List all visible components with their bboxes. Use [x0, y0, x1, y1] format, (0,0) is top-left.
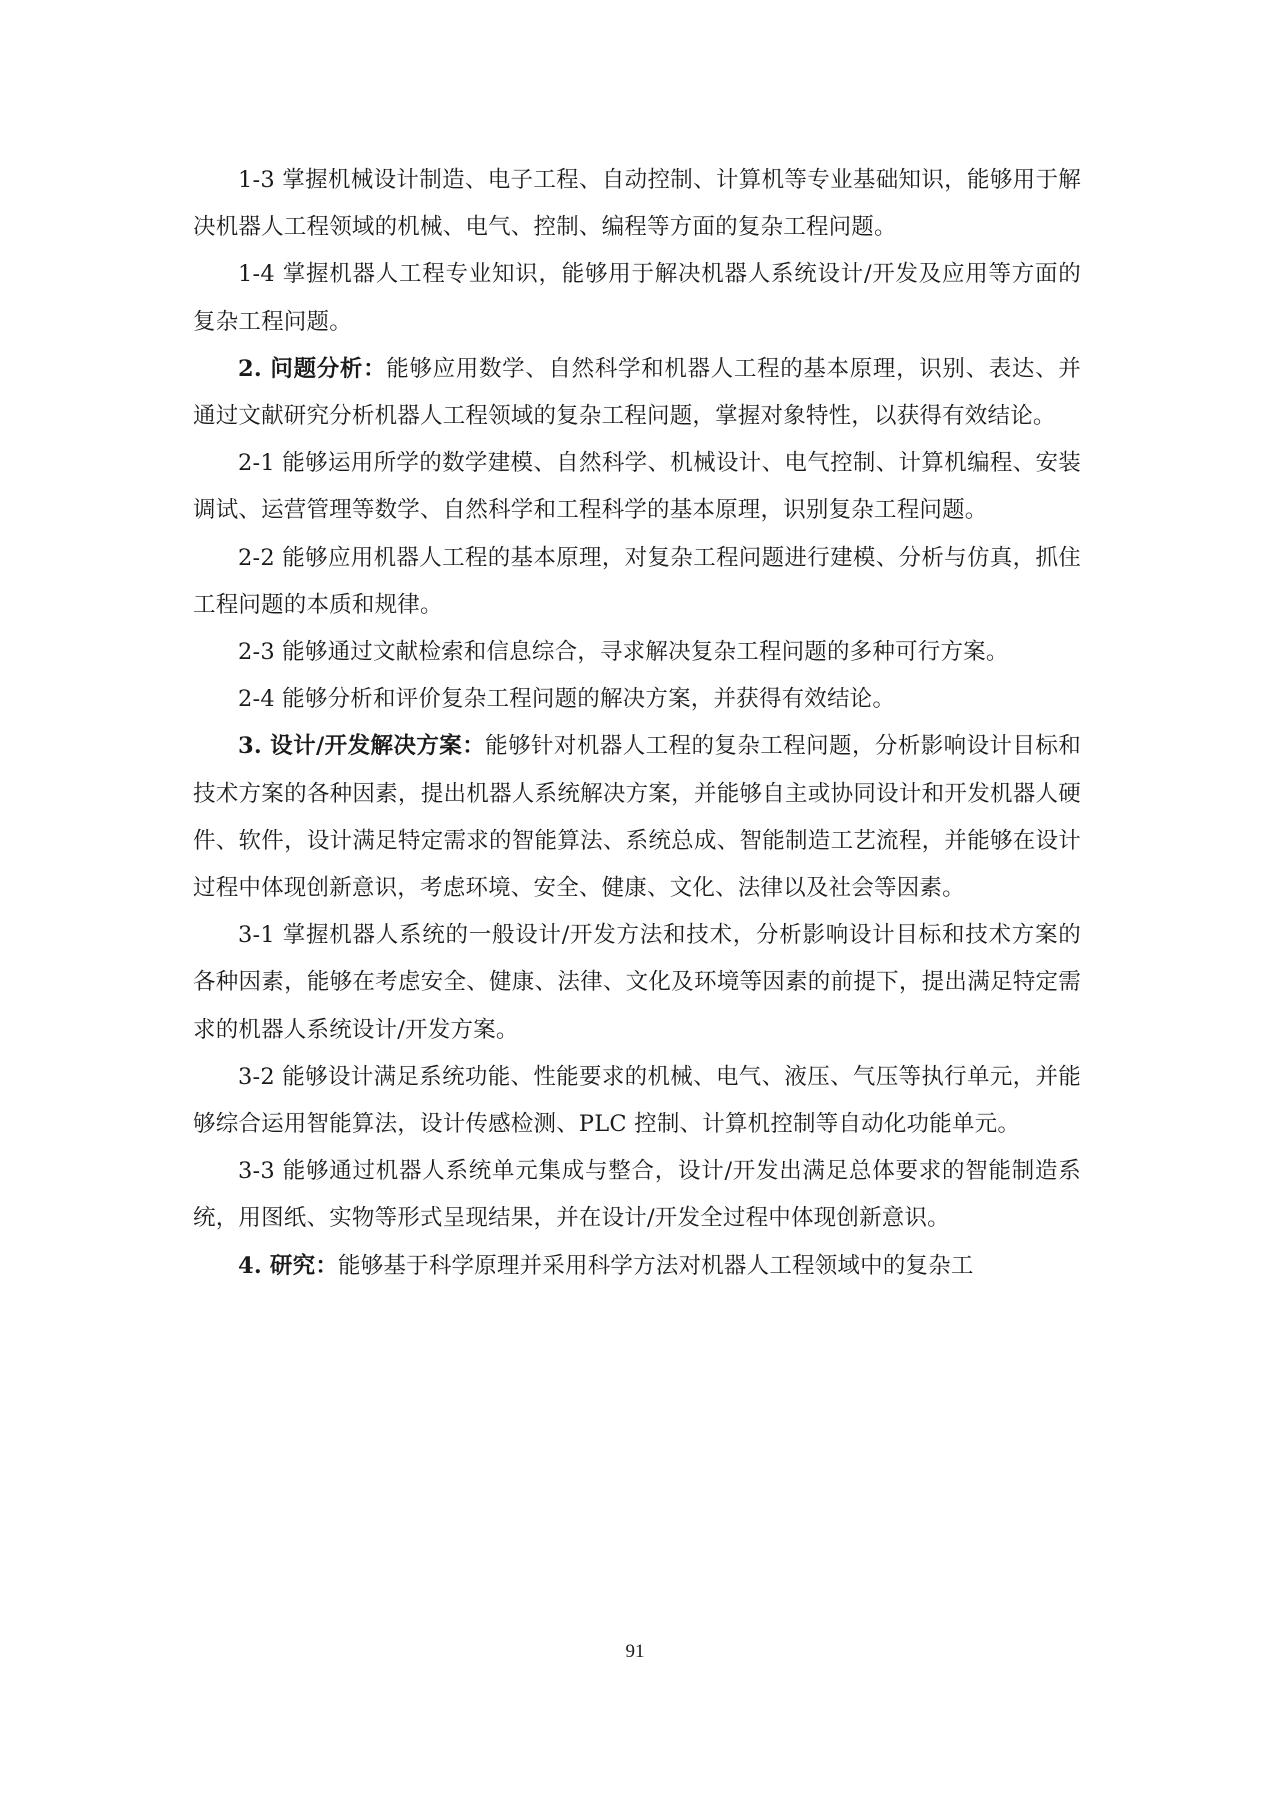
paragraph-text: 3-1 掌握机器人系统的一般设计/开发方法和技术，分析影响设计目标和技术方案的各…: [193, 922, 1081, 1042]
paragraph-3-2: 3-2 能够设计满足系统功能、性能要求的机械、电气、液压、气压等执行单元，并能够…: [193, 1054, 1081, 1148]
paragraph-text: 2-4 能够分析和评价复杂工程问题的解决方案，并获得有效结论。: [238, 686, 895, 712]
paragraph-2-1: 2-1 能够运用所学的数学建模、自然科学、机械设计、电气控制、计算机编程、安装调…: [193, 440, 1081, 534]
section-heading: 3. 设计/开发解决方案：: [238, 733, 485, 759]
paragraph-2-4: 2-4 能够分析和评价复杂工程问题的解决方案，并获得有效结论。: [193, 676, 1081, 723]
section-heading: 4. 研究：: [238, 1253, 338, 1279]
paragraph-text: 2-3 能够通过文献检索和信息综合，寻求解决复杂工程问题的多种可行方案。: [238, 639, 1009, 665]
paragraph-2-3: 2-3 能够通过文献检索和信息综合，寻求解决复杂工程问题的多种可行方案。: [193, 629, 1081, 676]
paragraph-3-1: 3-1 掌握机器人系统的一般设计/开发方法和技术，分析影响设计目标和技术方案的各…: [193, 912, 1081, 1054]
paragraph-text: 3-2 能够设计满足系统功能、性能要求的机械、电气、液压、气压等执行单元，并能够…: [193, 1064, 1081, 1137]
paragraph-text: 3-3 能够通过机器人系统单元集成与整合，设计/开发出满足总体要求的智能制造系统…: [193, 1158, 1081, 1231]
paragraph-text: 2-2 能够应用机器人工程的基本原理，对复杂工程问题进行建模、分析与仿真，抓住工…: [193, 545, 1081, 618]
paragraph-3-3: 3-3 能够通过机器人系统单元集成与整合，设计/开发出满足总体要求的智能制造系统…: [193, 1148, 1081, 1242]
section-2-problem-analysis: 2. 问题分析：能够应用数学、自然科学和机器人工程的基本原理，识别、表达、并通过…: [193, 346, 1081, 440]
paragraph-1-4: 1-4 掌握机器人工程专业知识，能够用于解决机器人系统设计/开发及应用等方面的复…: [193, 251, 1081, 345]
section-4-research: 4. 研究：能够基于科学原理并采用科学方法对机器人工程领域中的复杂工: [193, 1243, 1081, 1290]
paragraph-text: 1-4 掌握机器人工程专业知识，能够用于解决机器人系统设计/开发及应用等方面的复…: [193, 261, 1081, 334]
paragraph-1-3: 1-3 掌握机械设计制造、电子工程、自动控制、计算机等专业基础知识，能够用于解决…: [193, 157, 1081, 251]
paragraph-text: 能够基于科学原理并采用科学方法对机器人工程领域中的复杂工: [338, 1253, 974, 1279]
section-heading: 2. 问题分析：: [238, 356, 386, 382]
paragraph-2-2: 2-2 能够应用机器人工程的基本原理，对复杂工程问题进行建模、分析与仿真，抓住工…: [193, 535, 1081, 629]
section-3-design-development: 3. 设计/开发解决方案：能够针对机器人工程的复杂工程问题，分析影响设计目标和技…: [193, 723, 1081, 912]
document-page-body: 1-3 掌握机械设计制造、电子工程、自动控制、计算机等专业基础知识，能够用于解决…: [193, 157, 1081, 1290]
paragraph-text: 2-1 能够运用所学的数学建模、自然科学、机械设计、电气控制、计算机编程、安装调…: [193, 450, 1081, 523]
paragraph-text: 1-3 掌握机械设计制造、电子工程、自动控制、计算机等专业基础知识，能够用于解决…: [193, 167, 1081, 240]
page-number: 91: [0, 1641, 1270, 1663]
